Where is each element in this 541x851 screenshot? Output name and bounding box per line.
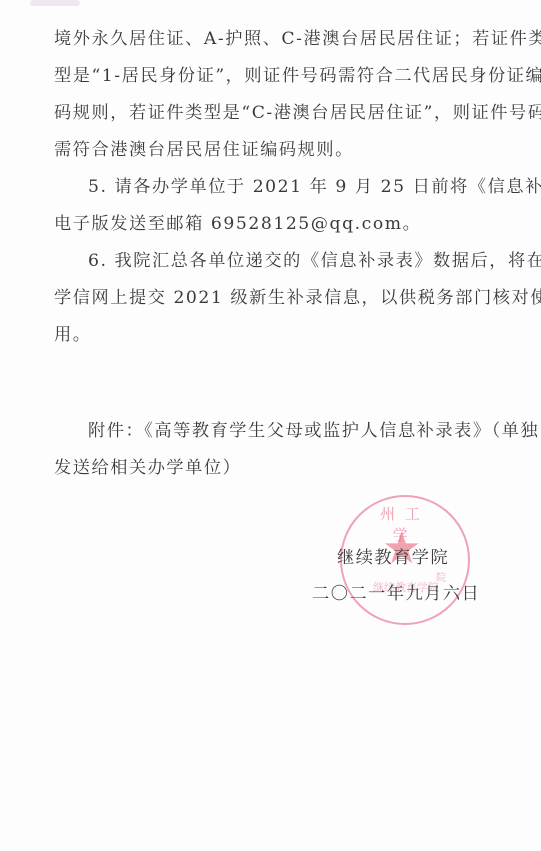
- paragraph-6-line-2: 学信网上提交 2021 级新生补录信息，以供税务部门核对使: [54, 287, 541, 309]
- signature-organization: 继续教育学院: [337, 547, 449, 569]
- paragraph-6-line-3: 用。: [54, 324, 91, 346]
- paragraph-4-line-2: 型是“1-居民身份证”，则证件号码需符合二代居民身份证编: [54, 65, 541, 87]
- paragraph-4-line-3: 码规则，若证件类型是“C-港澳台居民居住证”，则证件号码: [54, 102, 541, 124]
- signature-date: 二〇二一年九月六日: [312, 583, 480, 605]
- paragraph-4-line-1: 境外永久居住证、A-护照、C-港澳台居民居住证；若证件类: [54, 28, 541, 50]
- scan-smudge: [30, 0, 80, 6]
- paragraph-4-line-4: 需符合港澳台居民居住证编码规则。: [54, 139, 354, 161]
- paragraph-5-line-1: 5. 请各办学单位于 2021 年 9 月 25 日前将《信息补录表》: [88, 176, 541, 198]
- paragraph-6-line-1: 6. 我院汇总各单位递交的《信息补录表》数据后，将在: [88, 250, 541, 272]
- paragraph-5-line-2: 电子版发送至邮箱 69528125@qq.com。: [54, 213, 421, 235]
- attachment-line-1: 附件：《高等教育学生父母或监护人信息补录表》（单独: [88, 420, 539, 442]
- attachment-line-2: 发送给相关办学单位）: [54, 457, 241, 479]
